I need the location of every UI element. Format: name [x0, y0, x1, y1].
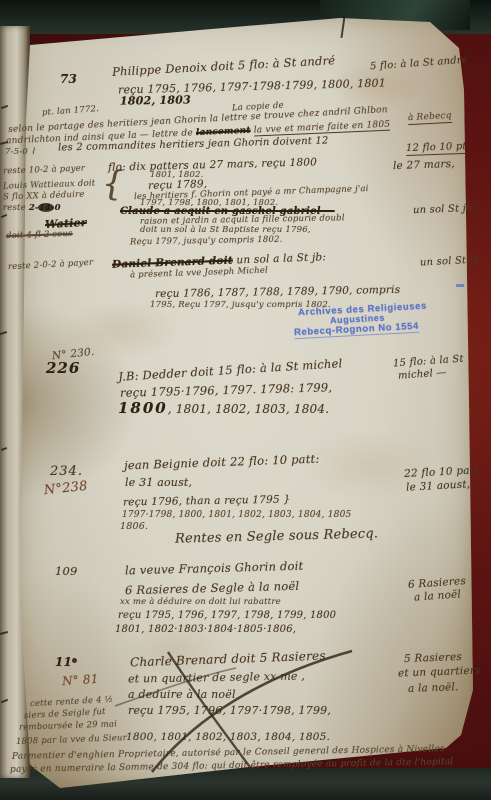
- entry7-receipts2: 1801, 1802·1803·1804·1805·1806,: [115, 624, 296, 636]
- entry3-doit-un-sol: doit un sol à la St Baptiste reçu 1796,: [140, 226, 311, 236]
- entry8-right-note2: et un quartiers: [398, 665, 481, 680]
- entry8-receipts2: 1800, 1801, 1802, 1803, 1804, 1805.: [126, 731, 330, 743]
- entry5-heading: J.B: Dedder doit 15 flo: à la St michel: [118, 357, 343, 383]
- entry8-number: 11: [55, 656, 72, 668]
- entry8-line2: et un quartier de segle xx me ,: [128, 670, 305, 685]
- section-heading: Rentes en Segle sous Rebecq.: [175, 528, 378, 545]
- gutter-text-fragment: [0, 631, 8, 635]
- entry2-line3-right: 12 flo 10 pt: [406, 141, 467, 156]
- entry8-right-note3: a la noël.: [408, 681, 459, 695]
- entry1-right-note: 5 flo: à la St andré: [370, 55, 469, 74]
- entry5-number: 226: [46, 362, 80, 374]
- entry3-margin2: S flo XX à déduire: [3, 191, 85, 203]
- entry6-heading: jean Beignie doit 22 flo: 10 patt:: [124, 453, 320, 472]
- entry5-receipts1: reçu 1795·1796, 1797. 1798: 1799,: [120, 381, 332, 399]
- entry5-receipts2: 1800, 1801, 1802, 1803, 1804.: [118, 402, 329, 415]
- entry3-recu-1797: Reçu 1797, jusqu'y compris 1802.: [130, 236, 283, 248]
- gutter-text-fragment: [1, 214, 7, 218]
- entry8-heading: Charle Brenard doit 5 Rasieres: [130, 650, 326, 669]
- entry6-receipts1: reçu 1796, than a reçu 1795 }: [123, 494, 290, 509]
- entry3-margin-struck2: doit 4 fl 2 sous: [6, 230, 73, 242]
- entry6-receipts3: 1806.: [120, 522, 148, 532]
- entry4-receipts1: reçu 1786, 1787, 1788, 1789, 1790, compr…: [155, 284, 400, 300]
- entry7-heading: la veuve François Ghorin doit: [125, 560, 304, 577]
- entry3-brace: {: [102, 178, 124, 190]
- entry8-right-note1: 5 Rasieres: [404, 651, 462, 665]
- struck-word: lancement: [196, 126, 251, 138]
- ink-blot: [38, 203, 54, 212]
- entry6-right-note2: le 31 aoust,: [406, 478, 471, 493]
- entry2-note-year: pt. lan 1772.: [42, 105, 100, 118]
- entry7-line2: 6 Rasieres de Segle à la noël: [125, 580, 300, 597]
- entry6-line2: le 31 aoust,: [125, 477, 192, 489]
- entry1-years: 1802, 1803: [120, 94, 191, 107]
- entry6-number-old: 234.: [50, 466, 83, 478]
- gutter-text-fragment: [0, 331, 7, 335]
- entry4-right-note: un sol St jb: [420, 254, 480, 269]
- entry3-right-note: un sol St jb:: [413, 203, 476, 217]
- entry8-receipts1: reçu 1795, 1796, 1797·1798, 1799,: [128, 705, 331, 717]
- entry7-receipts1: reçu 1795, 1796, 1797, 1798, 1799, 1800: [118, 610, 336, 622]
- archive-stamp-line3: Rebecq-Rognon No 1554: [294, 321, 420, 340]
- entry4-sub: à présent la vve Joseph Michel: [130, 267, 268, 281]
- entry2-line4: flo: dix patters au 27 mars, reçu 1800: [108, 156, 317, 173]
- folio-number: 73: [60, 73, 77, 85]
- book-photo: 73 Philippe Denoix doit 5 flo: à St andr…: [0, 0, 491, 800]
- entry8-line3: a deduire à la noël: [128, 689, 236, 701]
- entry1-heading: Philippe Denoix doit 5 flo: à St andré: [112, 54, 336, 78]
- entry6-receipts2: 1797·1798, 1800, 1801, 1802, 1803, 1804,…: [122, 511, 351, 521]
- entry6-number: N°238: [43, 481, 88, 498]
- entry2-margin-sum: 7-5-0 ⌇: [5, 148, 35, 158]
- ink-blot: [72, 658, 77, 663]
- entry4-margin: reste 2-0-2 à payer: [8, 259, 94, 273]
- year-1800-bold: 1800: [118, 399, 168, 417]
- entry8-margin-note4: 1808 par la vve du Sieur: [16, 734, 127, 747]
- gutter-text-fragment: [1, 699, 8, 703]
- entry2-line4-right: le 27 mars,: [393, 158, 455, 172]
- stamp-bleed-mark: [456, 284, 464, 287]
- entry7-number: 109: [55, 565, 78, 577]
- gutter-text-fragment: [1, 105, 8, 109]
- entry7-right-note2: a la noël: [414, 588, 462, 603]
- entry7-sub: xx me à déduire on doit lui rabattre: [120, 598, 281, 608]
- gutter-text-fragment: [1, 447, 7, 451]
- entry6-right-note1: 22 flo 10 patt.: [404, 464, 483, 480]
- entry5-right-note2: michel —: [398, 367, 447, 382]
- entry8-margin-note3: remboursée le 29 mai: [19, 720, 117, 733]
- entry8-number-old: N° 81: [62, 673, 99, 688]
- entry2-line1-right: à Rebecq: [408, 112, 452, 125]
- entry2-margin-reste: reste 10-2 à payer: [3, 165, 85, 177]
